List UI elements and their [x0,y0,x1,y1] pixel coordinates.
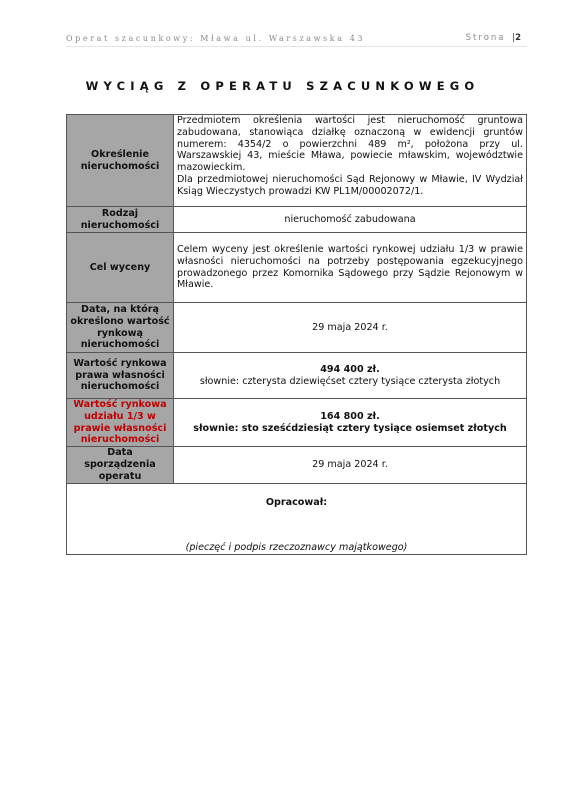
table-row-property-type: Rodzaj nieruchomości nieruchomość zabudo… [67,207,527,233]
table-row-share-value: Wartość rynkowa udziału 1/3 w prawie wła… [67,399,527,447]
page-label: Strona [466,33,506,43]
document-title: WYCIĄG Z OPERATU SZACUNKOWEGO [0,79,565,93]
land-register-text: Dla przedmiotowej nieruchomości Sąd Rejo… [177,174,523,198]
property-description: Przedmiotem określenia wartości jest nie… [174,115,527,207]
property-description-text: Przedmiotem określenia wartości jest nie… [177,115,523,174]
row-label: Wartość rynkowa prawa własności nierucho… [67,353,174,399]
market-value: 494 400 zł. słownie: czterysta dziewięćs… [174,353,527,399]
share-value: 164 800 zł. słownie: sto sześćdziesiąt c… [174,399,527,447]
market-value-amount: 494 400 zł. [177,364,523,376]
table-row-report-date: Data sporządzenia operatu 29 maja 2024 r… [67,447,527,483]
share-value-words: słownie: sto sześćdziesiąt cztery tysiąc… [177,423,523,435]
report-date: 29 maja 2024 r. [174,447,527,483]
valuation-purpose: Celem wyceny jest określenie wartości ry… [174,233,527,303]
extract-table: Określenie nieruchomości Przedmiotem okr… [66,114,527,555]
row-label: Data sporządzenia operatu [67,447,174,483]
share-value-amount: 164 800 zł. [177,411,523,423]
signature-note: (pieczęć i podpis rzeczoznawcy majątkowe… [67,542,526,554]
valuation-date: 29 maja 2024 r. [174,303,527,353]
row-label: Data, na którą określono wartość rynkową… [67,303,174,353]
row-label: Rodzaj nieruchomości [67,207,174,233]
page-indicator: Strona |2 [466,33,521,43]
page-header: Operat szacunkowy: Mława ul. Warszawska … [66,32,527,47]
table-row-valuation-date: Data, na którą określono wartość rynkową… [67,303,527,353]
document-name: Operat szacunkowy: Mława ul. Warszawska … [66,34,365,43]
table-row-property-description: Określenie nieruchomości Przedmiotem okr… [67,115,527,207]
row-label-highlighted: Wartość rynkowa udziału 1/3 w prawie wła… [67,399,174,447]
page-number: 2 [515,33,521,43]
table-row-market-value: Wartość rynkowa prawa własności nierucho… [67,353,527,399]
signature-area: Opracował: (pieczęć i podpis rzeczoznawc… [67,483,527,554]
row-label: Cel wyceny [67,233,174,303]
signature-label: Opracował: [70,497,523,509]
row-label: Określenie nieruchomości [67,115,174,207]
table-row-signature: Opracował: (pieczęć i podpis rzeczoznawc… [67,483,527,554]
table-row-valuation-purpose: Cel wyceny Celem wyceny jest określenie … [67,233,527,303]
property-type: nieruchomość zabudowana [174,207,527,233]
market-value-words: słownie: czterysta dziewięćset cztery ty… [177,376,523,388]
